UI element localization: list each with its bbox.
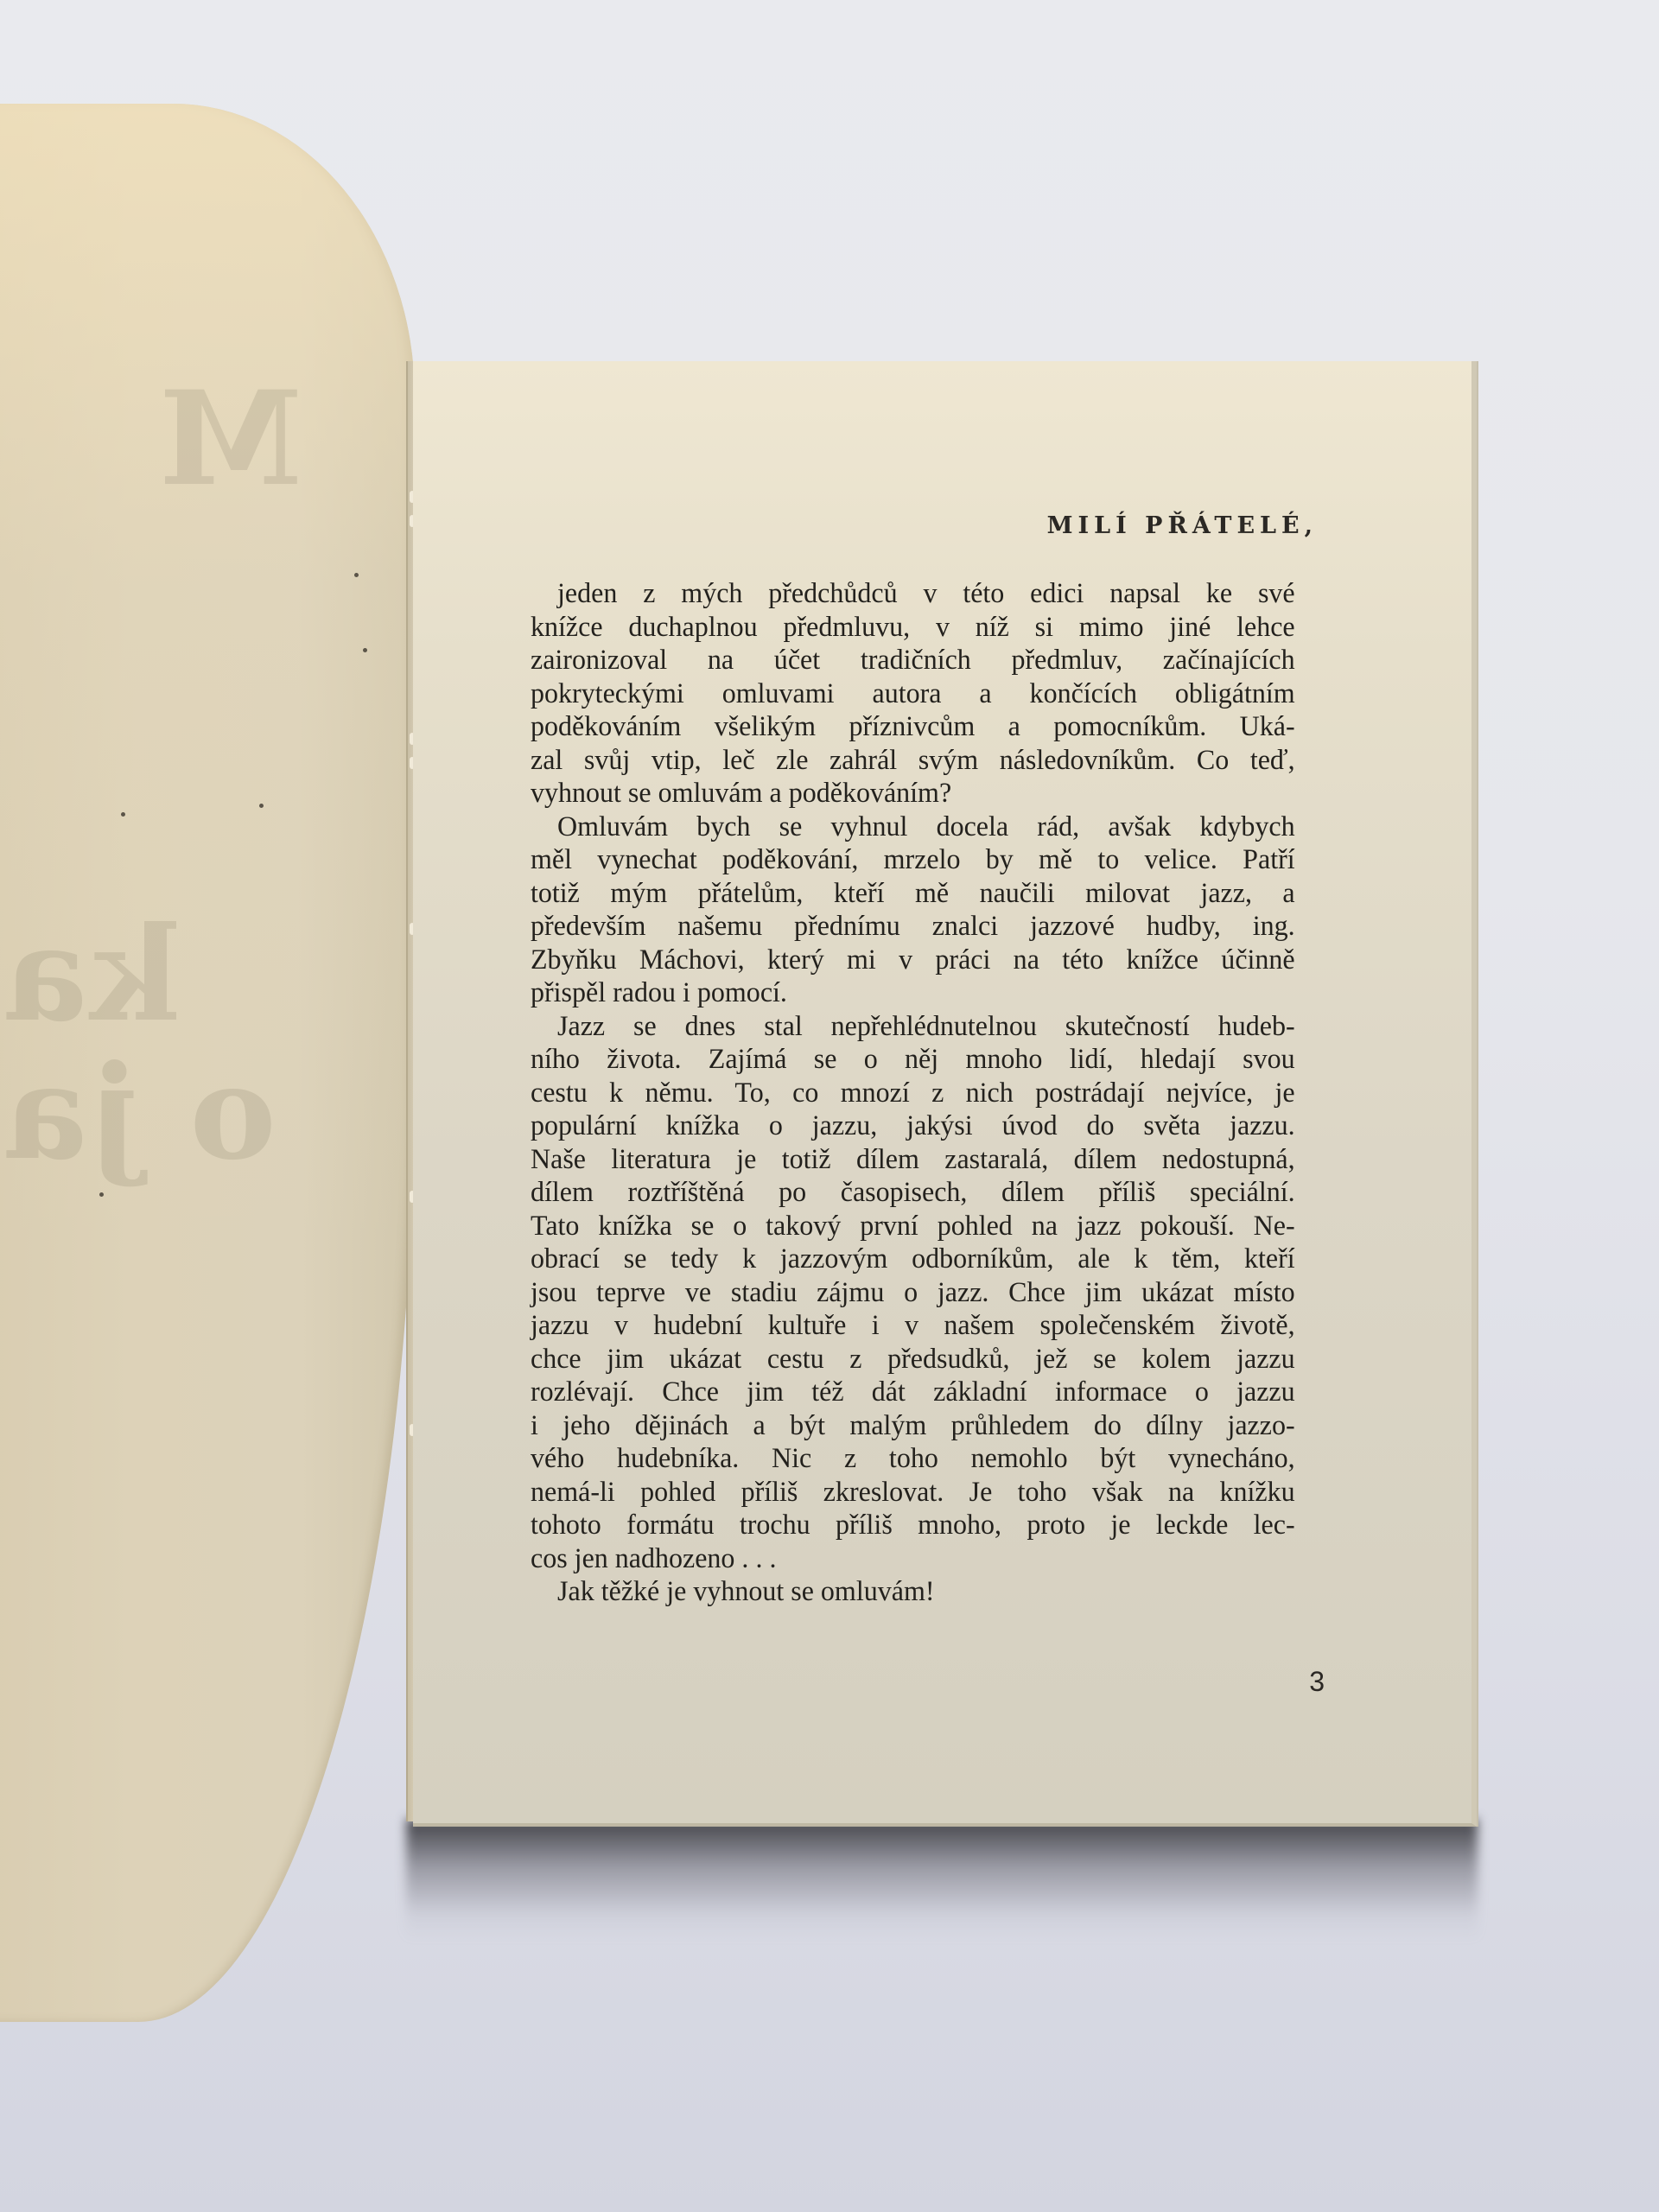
text-line: Jak těžké je vyhnout se omluvám! [531,1575,1295,1609]
text-line: knížce duchaplnou předmluvu, v níž si mi… [531,611,1295,645]
running-head: MILÍ PŘÁTELÉ, [1047,512,1318,539]
paragraph: jeden z mých předchůdců v této edici nap… [531,577,1295,810]
page-number: 3 [1309,1666,1325,1698]
text-line: přispěl radou i pomocí. [531,976,1295,1010]
text-line: ního života. Zajímá se o něj mnoho lidí,… [531,1043,1295,1077]
text-line: Naše literatura je totiž dílem zastaralá… [531,1143,1295,1177]
text-line: jeden z mých předchůdců v této edici nap… [531,577,1295,611]
text-line: i jeho dějinách a být malým průhledem do… [531,1409,1295,1443]
text-line: obrací se tedy k jazzovým odborníkům, al… [531,1243,1295,1276]
text-line: vého hudebníka. Nic z toho nemohlo být v… [531,1442,1295,1476]
text-line: jazzu v hudební kultuře i v našem společ… [531,1309,1295,1343]
text-line: Jazz se dnes stal nepřehlédnutelnou skut… [531,1010,1295,1044]
text-line: tohoto formátu trochu příliš mnoho, prot… [531,1509,1295,1542]
paragraph: Jak těžké je vyhnout se omluvám! [531,1575,1295,1609]
text-line: zaironizoval na účet tradičních předmluv… [531,644,1295,677]
paper-speck [363,648,367,652]
text-line: Tato knížka se o takový první pohled na … [531,1210,1295,1243]
text-line: především našemu přednímu znalci jazzové… [531,910,1295,944]
text-line: populární knížka o jazzu, jakýsi úvod do… [531,1109,1295,1143]
text-line: zal svůj vtip, leč zle zahrál svým násle… [531,744,1295,778]
show-through-mark: M [156,363,302,515]
right-page: MILÍ PŘÁTELÉ, jeden z mých předchůdců v … [413,361,1477,1827]
paragraph: Omluvám bych se vyhnul docela rád, avšak… [531,810,1295,1010]
text-line: poděkováním všelikým příznivcům a pomocn… [531,710,1295,744]
paragraph: Jazz se dnes stal nepřehlédnutelnou skut… [531,1010,1295,1576]
text-line: pokryteckými omluvami autora a končících… [531,677,1295,711]
show-through-mark: o ja [0,1037,276,1189]
text-line: vyhnout se omluvám a poděkováním? [531,777,1295,810]
text-line: rozlévají. Chce jim též dát základní inf… [531,1376,1295,1409]
text-line: nemá-li pohled příliš zkreslovat. Je toh… [531,1476,1295,1510]
text-line: jsou teprve ve stadiu zájmu o jazz. Chce… [531,1276,1295,1310]
text-line: cos jen nadhozeno . . . [531,1542,1295,1576]
paper-speck [99,1192,104,1197]
text-line: chce jim ukázat cestu z předsudků, jež s… [531,1343,1295,1376]
paper-speck [354,573,359,577]
left-page: M ka o ja [0,104,415,2022]
book-shadow [406,1819,1478,1940]
text-line: Omluvám bych se vyhnul docela rád, avšak… [531,810,1295,844]
text-line: dílem roztříštěná po časopisech, dílem p… [531,1176,1295,1210]
paper-speck [121,812,125,817]
text-line: cestu k němu. To, co mnozí z nich postrá… [531,1077,1295,1110]
paper-speck [259,804,264,808]
text-line: totiž mým přátelům, kteří mě naučili mil… [531,877,1295,911]
text-line: měl vynechat poděkování, mrzelo by mě to… [531,843,1295,877]
body-text: jeden z mých předchůdců v této edici nap… [531,577,1295,1609]
show-through-mark: ka [0,899,181,1051]
text-line: Zbyňku Máchovi, který mi v práci na této… [531,944,1295,977]
